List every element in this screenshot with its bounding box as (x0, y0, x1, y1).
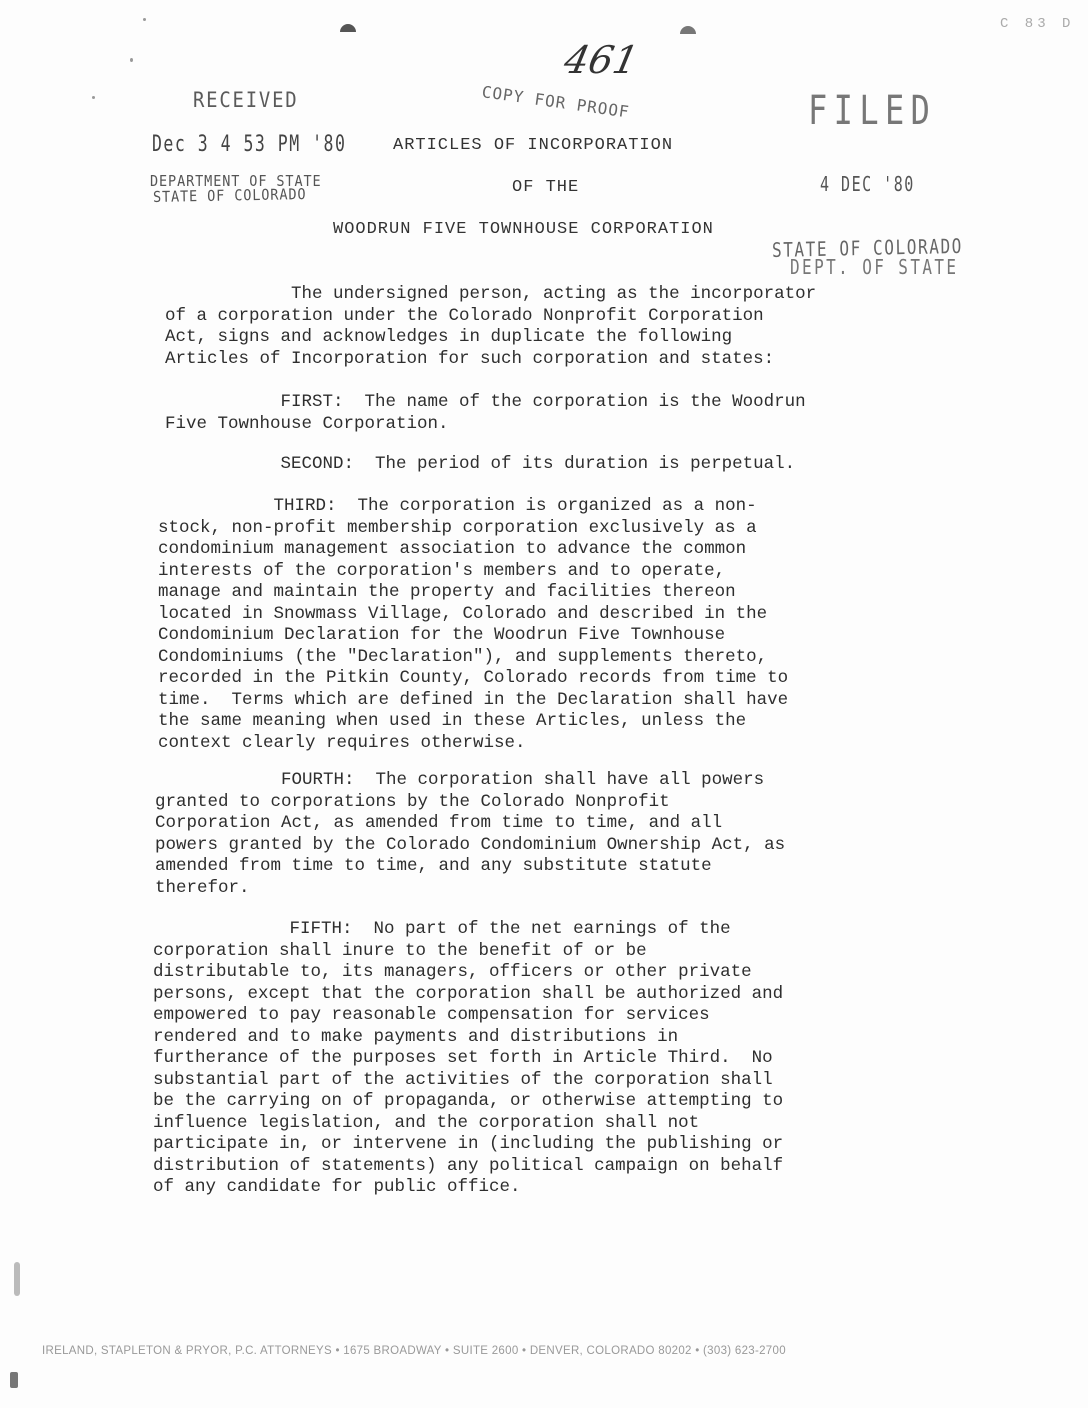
document-page: C 83 D 461 COPY FOR PROOF RECEIVED Dec 3… (0, 0, 1088, 1408)
scan-speck (92, 96, 95, 99)
law-firm-footer: IRELAND, STAPLETON & PRYOR, P.C. ATTORNE… (42, 1345, 786, 1357)
dept-state-stamp-line2: DEPT. OF STATE (790, 255, 958, 279)
document-title: ARTICLES OF INCORPORATION (393, 136, 673, 155)
scan-speck (130, 58, 133, 62)
filed-stamp-date: 4 DEC '80 (820, 172, 915, 196)
scan-speck (14, 1262, 20, 1296)
article-second: SECOND: The period of its duration is pe… (165, 454, 955, 476)
article-fourth: FOURTH: The corporation shall have all p… (155, 770, 945, 899)
filed-stamp-title: FILED (808, 88, 936, 134)
corporation-name-title: WOODRUN FIVE TOWNHOUSE CORPORATION (333, 220, 714, 239)
scan-speck (143, 18, 146, 21)
copy-for-proof-stamp: COPY FOR PROOF (481, 82, 631, 122)
scan-speck (10, 1372, 18, 1388)
hole-punch-mark (680, 26, 696, 34)
handwritten-number: 461 (560, 38, 642, 82)
received-stamp-date: Dec 3 4 53 PM '80 (152, 132, 346, 157)
received-stamp-title: RECEIVED (193, 88, 298, 112)
article-third: THIRD: The corporation is organized as a… (158, 496, 948, 754)
article-fifth: FIFTH: No part of the net earnings of th… (153, 919, 943, 1199)
article-first: FIRST: The name of the corporation is th… (165, 392, 955, 435)
corner-mark: C 83 D (1000, 16, 1074, 32)
document-title-of-the: OF THE (512, 178, 579, 197)
received-stamp-state: STATE OF COLORADO (153, 185, 307, 206)
hole-punch-mark (340, 24, 356, 32)
intro-paragraph: The undersigned person, acting as the in… (165, 284, 955, 370)
